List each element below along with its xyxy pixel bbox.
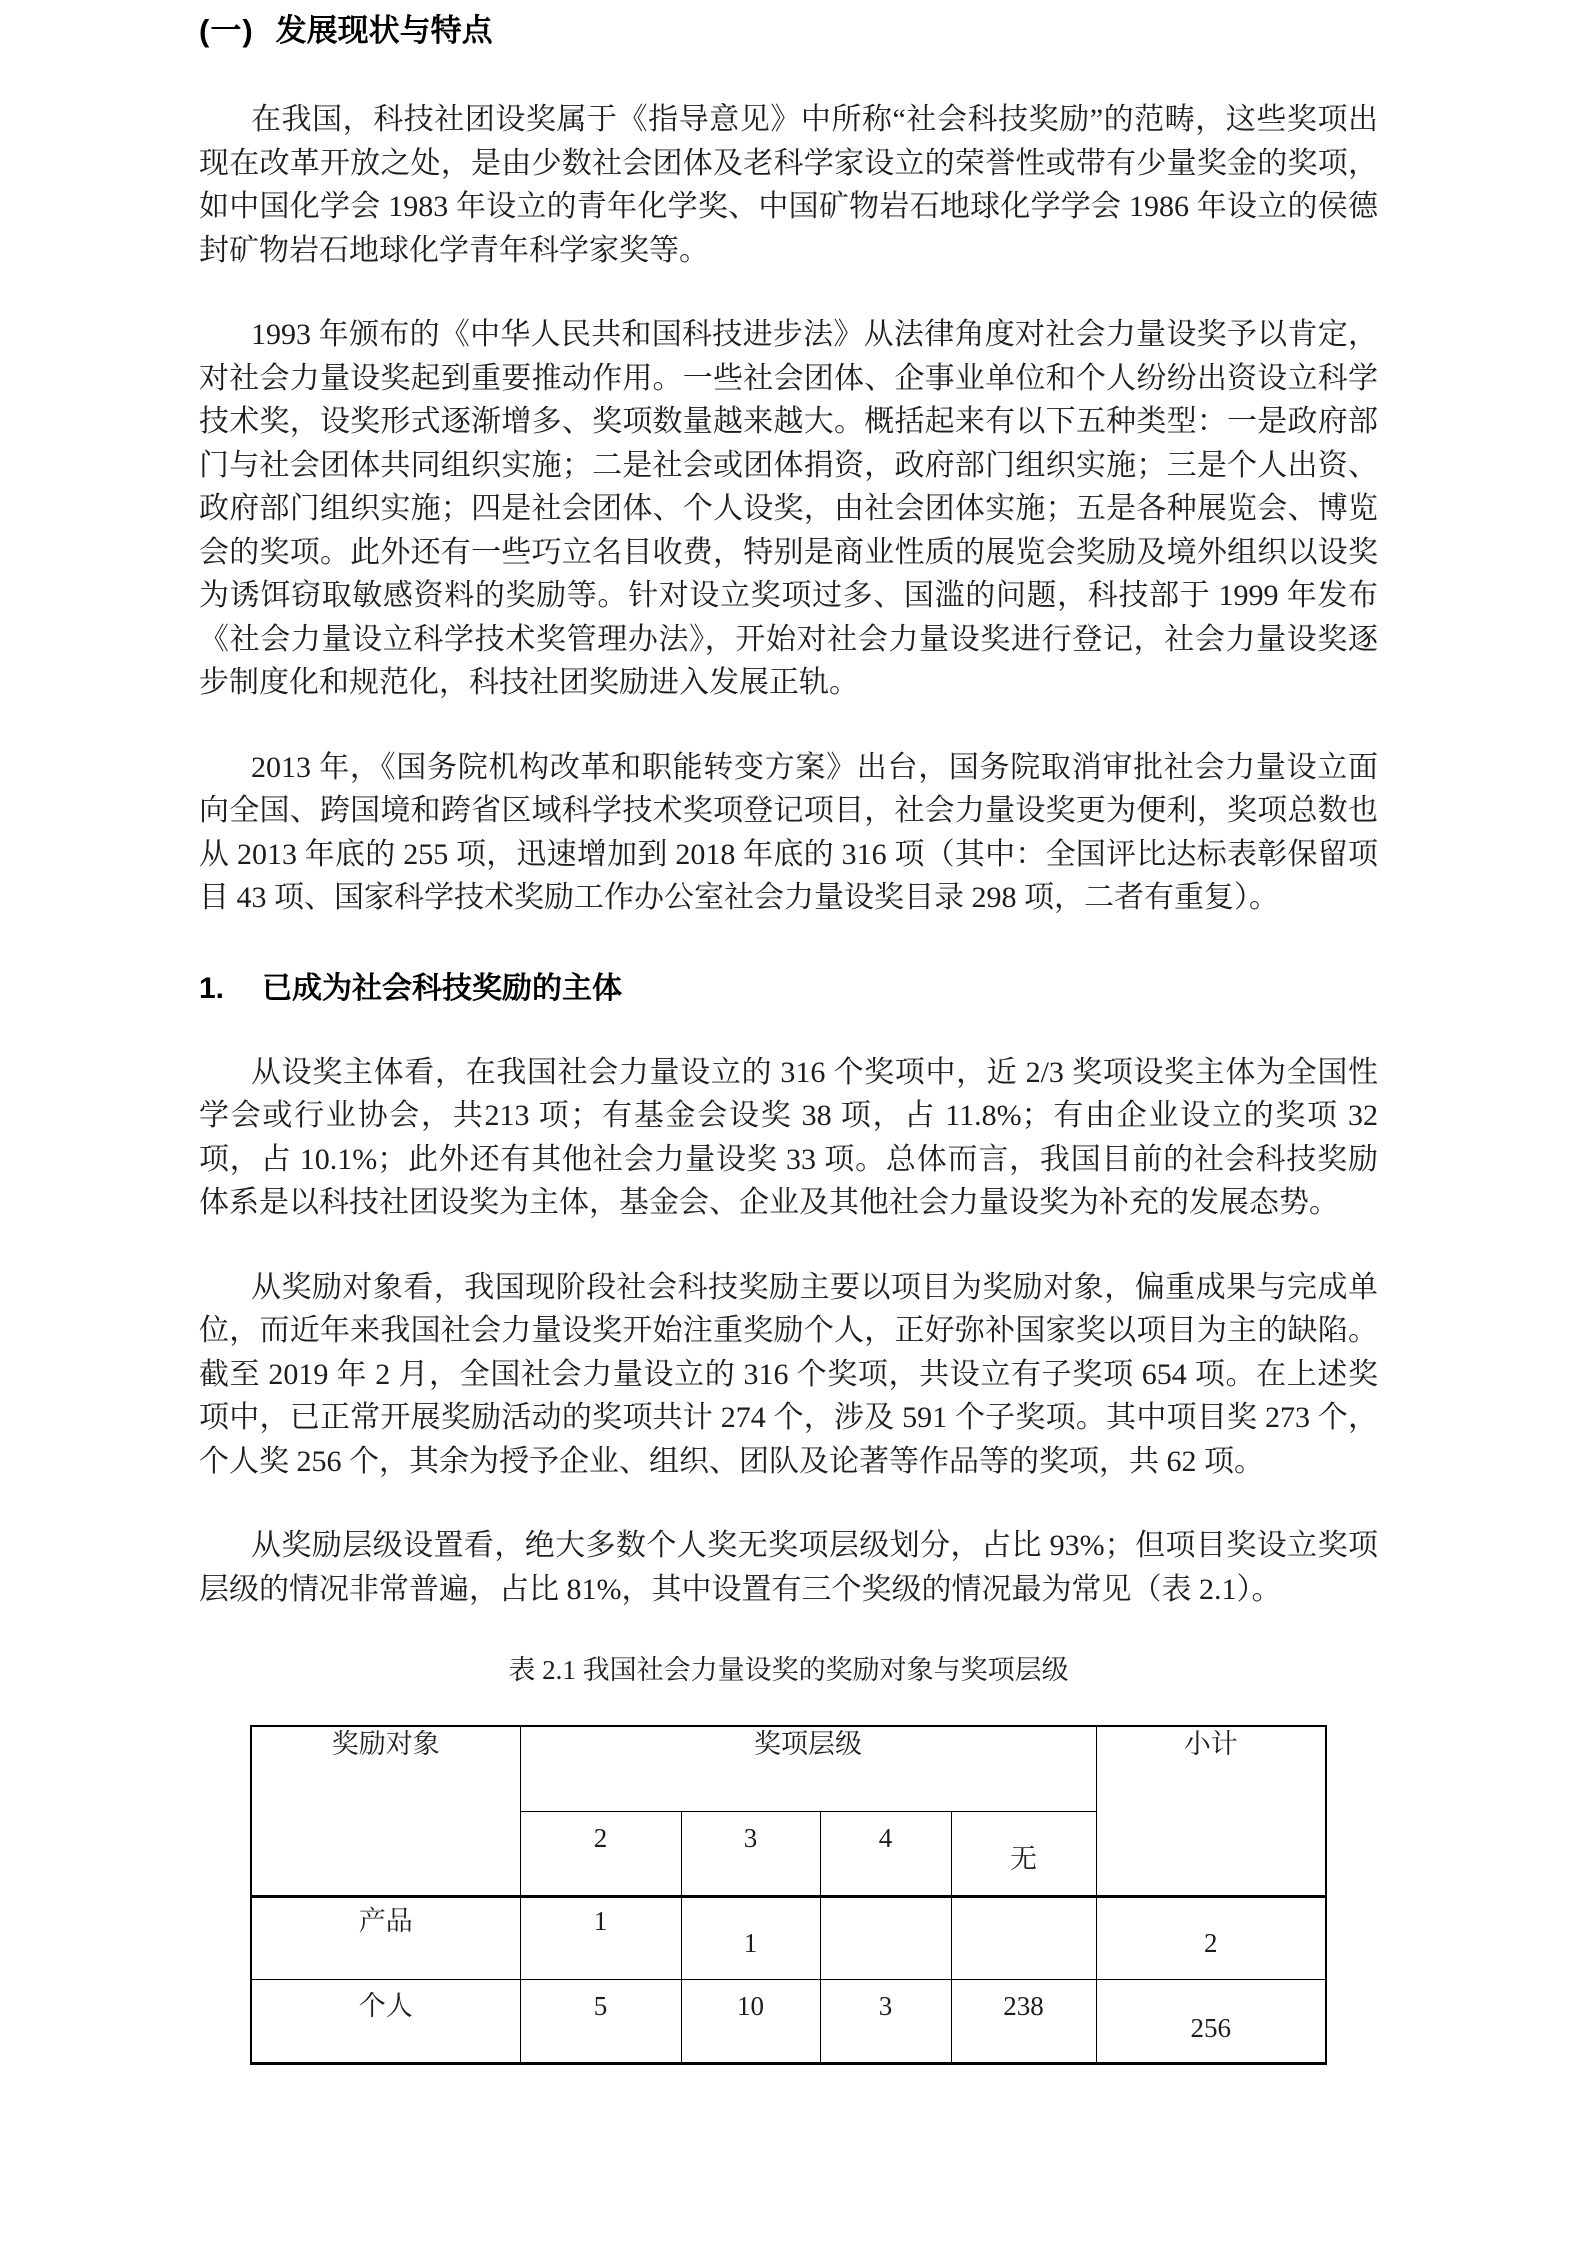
paragraph-intro-1: 在我国，科技社团设奖属于《指导意见》中所称“社会科技奖励”的范畴，这些奖项出现在…	[199, 98, 1378, 272]
section-number: (一)	[199, 13, 254, 48]
row-person-subtotal: 256	[1096, 1979, 1326, 2063]
header-award-object: 奖励对象	[251, 1726, 520, 1896]
row-person-level-3: 10	[681, 1979, 820, 2063]
section-title: 发展现状与特点	[276, 13, 493, 48]
paragraph-analysis-1: 从设奖主体看，在我国社会力量设立的 316 个奖项中，近 2/3 奖项设奖主体为…	[199, 1051, 1378, 1225]
paragraph-analysis-2: 从奖励对象看，我国现阶段社会科技奖励主要以项目为奖励对象，偏重成果与完成单位，而…	[199, 1266, 1378, 1484]
subsection-number: 1.	[199, 972, 224, 1005]
row-person-level-2: 5	[520, 1979, 681, 2063]
row-product-subtotal: 2	[1096, 1896, 1326, 1979]
row-person-level-none: 238	[951, 1979, 1096, 2063]
header-subtotal: 小计	[1096, 1726, 1326, 1896]
table-header-row-1: 奖励对象 奖项层级 小计	[251, 1726, 1326, 1811]
row-product-label: 产品	[251, 1896, 520, 1979]
header-level-3: 3	[681, 1811, 820, 1896]
paragraph-analysis-3: 从奖励层级设置看，绝大多数个人奖无奖项层级划分，占比 93%；但项目奖设立奖项层…	[199, 1524, 1378, 1611]
row-person-level-4: 3	[820, 1979, 951, 2063]
paragraph-intro-2: 1993 年颁布的《中华人民共和国科技进步法》从法律角度对社会力量设奖予以肯定，…	[199, 313, 1378, 705]
row-product-level-3: 1	[681, 1896, 820, 1979]
section-heading: (一)发展现状与特点	[199, 10, 1378, 52]
row-product-level-4	[820, 1896, 951, 1979]
document-page: (一)发展现状与特点 在我国，科技社团设奖属于《指导意见》中所称“社会科技奖励”…	[0, 0, 1587, 2245]
row-person-label: 个人	[251, 1979, 520, 2063]
row-product-level-2: 1	[520, 1896, 681, 1979]
table-row-product: 产品 1 1 2	[251, 1896, 1326, 1979]
table-row-person: 个人 5 10 3 238 256	[251, 1979, 1326, 2063]
header-level-2: 2	[520, 1811, 681, 1896]
row-product-level-none	[951, 1896, 1096, 1979]
paragraph-intro-3: 2013 年，《国务院机构改革和职能转变方案》出台，国务院取消审批社会力量设立面…	[199, 746, 1378, 920]
table-caption: 表 2.1 我国社会力量设奖的奖励对象与奖项层级	[199, 1653, 1378, 1687]
awards-table: 奖励对象 奖项层级 小计 2 3 4 无 产品 1 1 2 个人 5 1	[250, 1725, 1327, 2065]
subsection-title: 已成为社会科技奖励的主体	[262, 972, 622, 1005]
header-level-group: 奖项层级	[520, 1726, 1096, 1811]
header-level-4: 4	[820, 1811, 951, 1896]
header-level-none: 无	[951, 1811, 1096, 1896]
subsection-heading: 1.已成为社会科技奖励的主体	[199, 968, 1378, 1010]
